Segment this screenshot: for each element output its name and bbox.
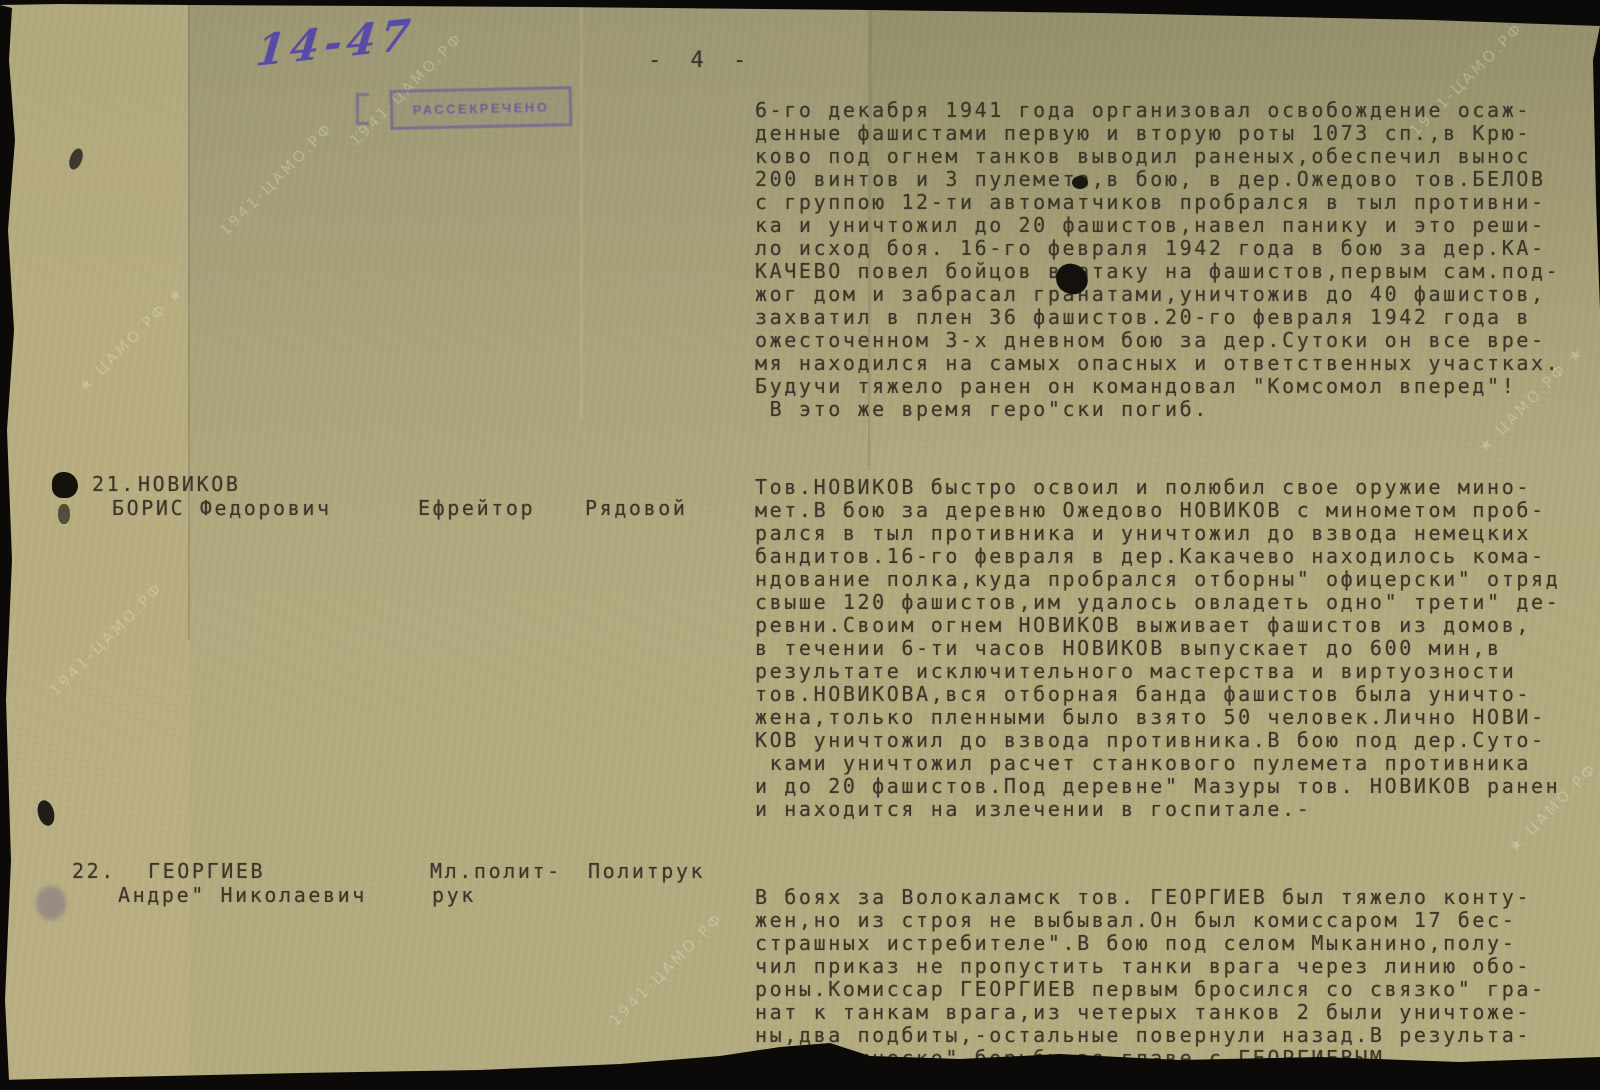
page-number: - 4 - xyxy=(648,48,754,73)
paragraph-continuation: 6-го декабря 1941 года организовал освоб… xyxy=(755,99,1560,421)
declassified-stamp: РАССЕКРЕЧЕНО xyxy=(390,86,573,130)
entry-22-position-line1: Мл.полит- xyxy=(430,860,562,883)
entry-22-rank: Политрук xyxy=(588,860,705,883)
entry-22-number: 22. xyxy=(72,860,116,883)
paragraph-novikov: Тов.НОВИКОВ быстро освоил и полюбил свое… xyxy=(755,476,1560,821)
declassified-stamp-label: РАССЕКРЕЧЕНО xyxy=(413,99,550,117)
paragraph-georgiev: В боях за Волокаламск тов. ГЕОРГИЕВ был … xyxy=(755,886,1546,1070)
entry-21-surname: НОВИКОВ xyxy=(138,473,241,496)
entry-21-rank: Ефрейтор xyxy=(418,497,535,520)
entry-22-position-line2: рук xyxy=(432,884,476,907)
entry-22-surname: ГЕОРГИЕВ xyxy=(148,860,265,883)
entry-21-number: 21. xyxy=(92,473,136,496)
stamp-bracket xyxy=(356,93,369,125)
entry-22-given-names: Андре" Николаевич xyxy=(118,884,367,907)
scanned-document: 1941-ЦАМО.РФ ★ ЦАМО.РФ ★ 1941-ЦАМО.РФ 19… xyxy=(0,0,1600,1090)
entry-21-given-names: БОРИС Федорович xyxy=(112,497,332,520)
entry-21-rank-secondary: Рядовой xyxy=(585,497,688,520)
